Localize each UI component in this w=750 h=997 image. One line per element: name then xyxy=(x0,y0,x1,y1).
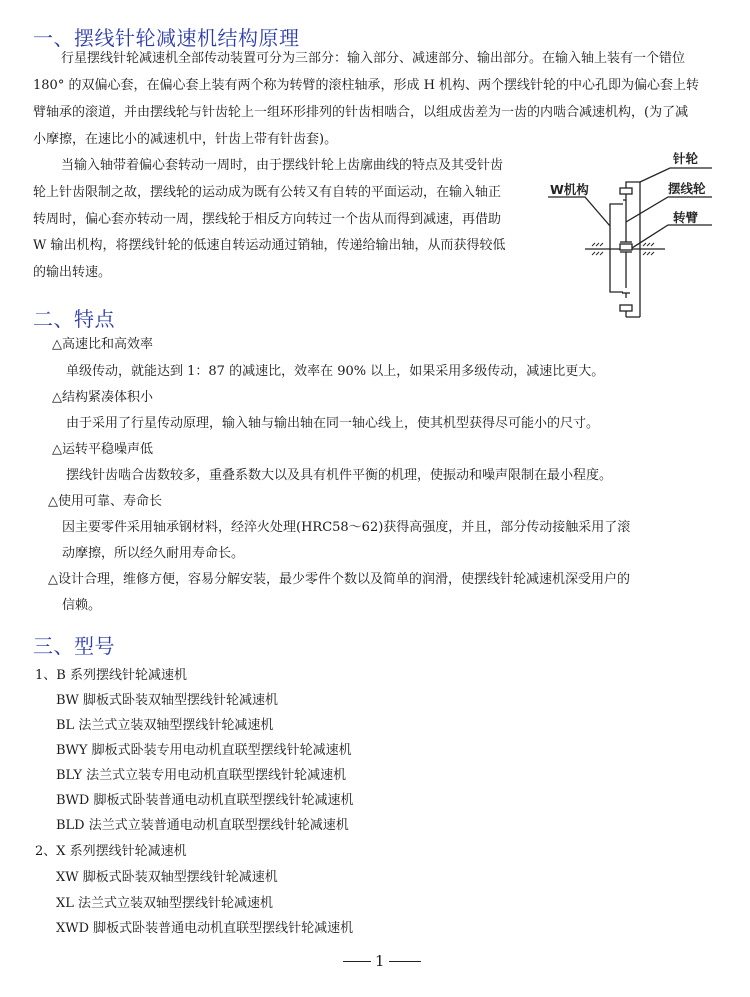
feature-body: 动摩擦，所以经久耐用寿命长。 xyxy=(62,542,244,561)
model-item: BLD 法兰式立装普通电动机直联型摆线针轮减速机 xyxy=(56,814,349,833)
feature-body: 因主要零件采用轴承钢材料，经淬火处理(HRC58～62)获得高强度，并且，部分传… xyxy=(62,516,630,535)
text-line: 当输入轴带着偏心套转动一周时，由于摆线针轮上齿廓曲线的特点及其受针齿 xyxy=(61,154,503,173)
mechanism-schematic xyxy=(540,140,750,330)
model-item: XW 脚板式卧装双轴型摆线针轮减速机 xyxy=(56,866,278,885)
text-line: 180° 的双偏心套，在偏心套上装有两个称为转臂的滚柱轴承，形成 H 机构、两个… xyxy=(33,74,699,93)
model-item: BWY 脚板式卧装专用电动机直联型摆线针轮减速机 xyxy=(56,739,352,758)
page-footer: 1 xyxy=(343,952,421,970)
text-line: 转周时，偏心套亦转动一周，摆线轮于相反方向转过一个齿从而得到减速，再借助 xyxy=(33,208,501,227)
feature-heading: △设计合理，维修方便，容易分解安装，最少零件个数以及简单的润滑，使摆线针轮减速机… xyxy=(48,568,630,587)
series-heading: 2、X 系列摆线针轮减速机 xyxy=(35,840,187,859)
label-pin-wheel: 针轮 xyxy=(673,149,698,167)
section-2-title: 二、特点 xyxy=(33,303,115,332)
divider xyxy=(343,961,371,962)
text-line: 小摩擦，在速比小的减速机中，针齿上带有针齿套)。 xyxy=(33,128,337,147)
feature-heading: △运转平稳噪声低 xyxy=(52,438,153,457)
text-line: 臂轴承的滚道，并由摆线轮与针齿轮上一组环形排列的针齿相啮合，以组成齿差为一齿的内… xyxy=(33,101,688,120)
text-line: 轮上针齿限制之故，摆线轮的运动成为既有公转又有自转的平面运动，在输入轴正 xyxy=(33,181,501,200)
model-item: BWD 脚板式卧装普通电动机直联型摆线针轮减速机 xyxy=(56,789,353,808)
section-3-title: 三、型号 xyxy=(33,630,115,659)
feature-body: 摆线针齿啮合齿数较多，重叠系数大以及具有机件平衡的机理，使振动和噪声限制在最小程… xyxy=(66,464,612,483)
page-number: 1 xyxy=(375,952,385,970)
feature-body: 单级传动，就能达到 1：87 的减速比，效率在 90% 以上，如果采用多级传动，… xyxy=(66,360,604,379)
label-cycloid-wheel: 摆线轮 xyxy=(668,179,706,197)
text-line: 的输出转速。 xyxy=(33,261,111,280)
feature-body: 信赖。 xyxy=(62,594,101,613)
model-item: XL 法兰式立装双轴型摆线针轮减速机 xyxy=(56,892,273,911)
label-w-mechanism: W机构 xyxy=(550,180,589,198)
model-item: BLY 法兰式立装专用电动机直联型摆线针轮减速机 xyxy=(56,764,346,783)
text-line: W 输出机构，将摆线针轮的低速自转运动通过销轴，传递给输出轴，从而获得较低 xyxy=(33,234,506,253)
reducer-structure-diagram: 针轮 摆线轮 W机构 转臂 xyxy=(540,140,750,330)
feature-heading: △结构紧凑体积小 xyxy=(52,386,153,405)
model-item: XWD 脚板式卧装普通电动机直联型摆线针轮减速机 xyxy=(56,917,353,936)
feature-body: 由于采用了行星传动原理，输入轴与输出轴在同一轴心线上，使其机型获得尽可能小的尺寸… xyxy=(66,412,599,431)
text-line: 行星摆线针轮减速机全部传动装置可分为三部分：输入部分、减速部分、输出部分。在输入… xyxy=(61,47,685,66)
model-item: BW 脚板式卧装双轴型摆线针轮减速机 xyxy=(56,689,278,708)
feature-heading: △高速比和高效率 xyxy=(52,333,153,352)
series-heading: 1、B 系列摆线针轮减速机 xyxy=(35,664,187,683)
label-rotating-arm: 转臂 xyxy=(673,208,698,226)
model-item: BL 法兰式立装双轴型摆线针轮减速机 xyxy=(56,714,273,733)
divider xyxy=(389,961,421,962)
feature-heading: △使用可靠、寿命长 xyxy=(48,490,162,509)
